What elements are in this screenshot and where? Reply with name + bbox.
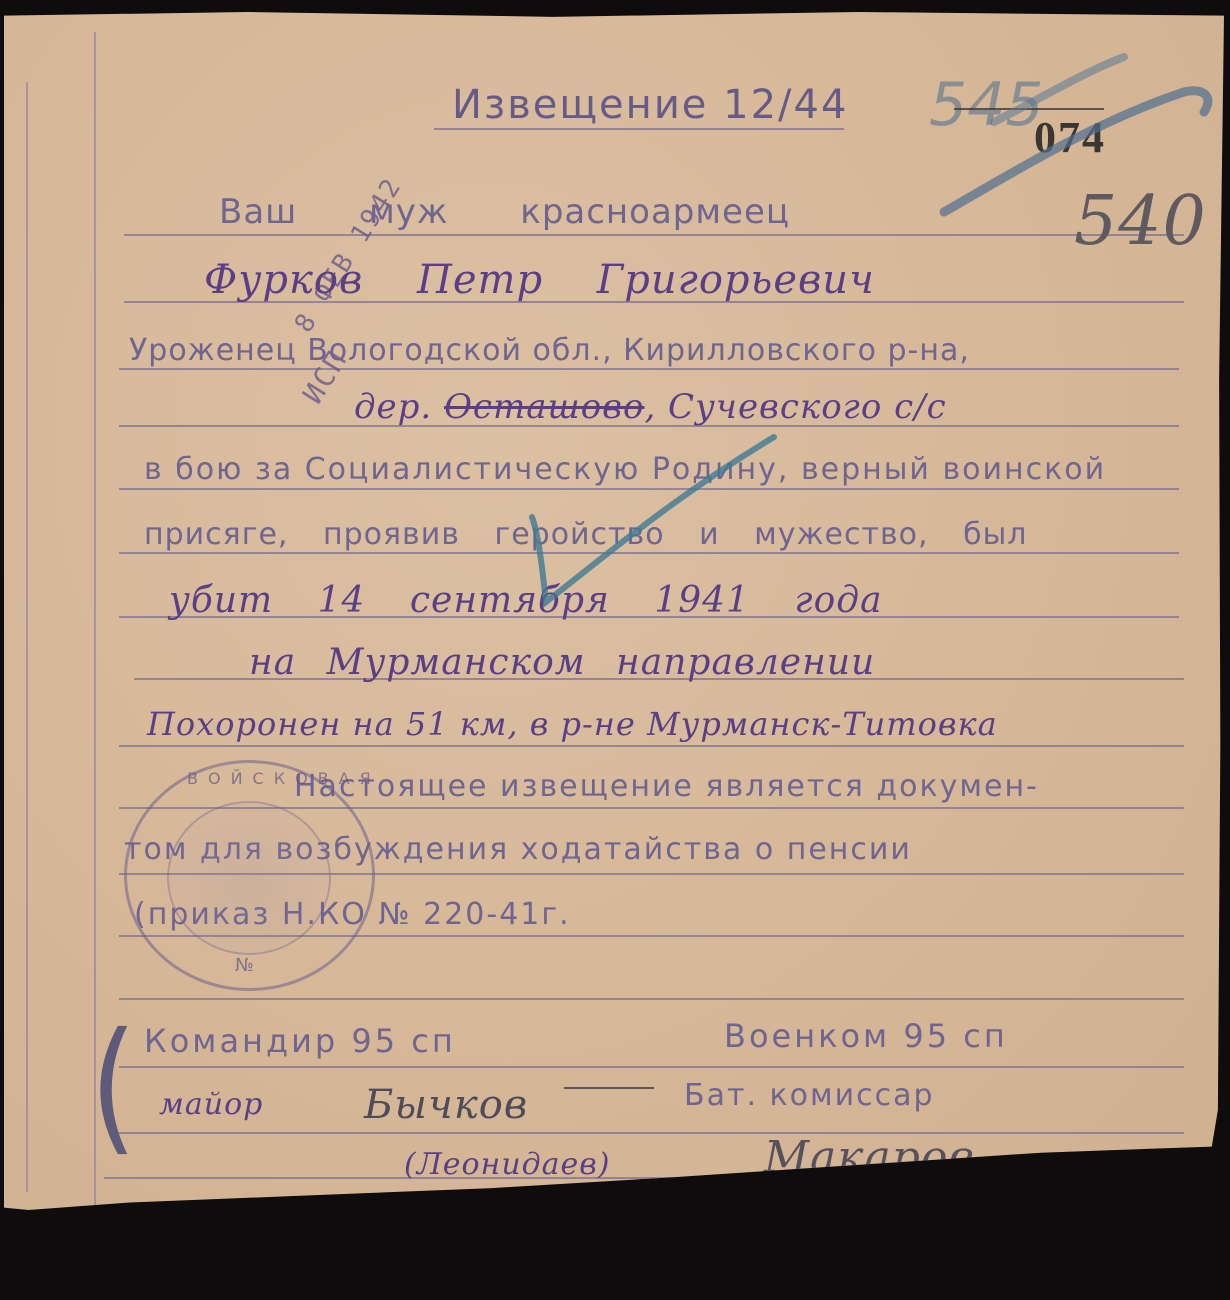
village-struck: Осташово [444, 387, 644, 427]
birthplace-line: Уроженец Вологодской обл., Кирилловского… [129, 330, 970, 368]
official-round-stamp: ВОЙСКОВАЯ № [124, 760, 375, 991]
village-prefix: дер. [354, 387, 444, 427]
stamp-ring-text: ВОЙСКОВАЯ [187, 769, 381, 788]
text-line-1: Ваш муж красноармеец [219, 192, 790, 232]
margin-rule-left [26, 82, 28, 1192]
ruling-line [119, 1132, 1184, 1134]
village-suffix: , Сучевского с/с [644, 387, 946, 427]
ruling-line [119, 1066, 1184, 1068]
soldier-name: Фурков Петр Григорьевич [204, 257, 875, 303]
blue-pencil-strike-icon [934, 42, 1224, 242]
ruling-line [434, 128, 844, 130]
ruling-line [119, 368, 1179, 370]
commander-role: Командир 95 сп [144, 1022, 456, 1060]
stamp-emblem [167, 801, 331, 955]
ruling-line [119, 745, 1184, 747]
commissar-signature: Макаров [764, 1132, 975, 1183]
ruling-line [104, 1177, 1164, 1179]
stamp-number: № [235, 955, 254, 976]
ruling-line [119, 998, 1184, 1000]
document-title: Извещение 12/44 [452, 82, 848, 128]
commissar-rank: Бат. комиссар [684, 1078, 935, 1113]
text-line-10: Настоящее извещение является докумен- [294, 769, 1039, 804]
commander-name: (Леонидаев) [404, 1147, 610, 1182]
blue-check-mark-icon [504, 427, 784, 607]
front-direction: на Мурманском направлении [249, 642, 875, 683]
document-paper: Извещение 12/44 545 074 540 8 ФЕВ 1942 И… [4, 12, 1224, 1232]
commander-signature: Бычков [364, 1082, 528, 1128]
signature-bracket: ( [90, 1003, 137, 1170]
burial-place: Похоронен на 51 км, в р-не Мурманск-Тито… [147, 705, 998, 743]
birthplace-text: Уроженец Вологодской обл., Кирилловского… [129, 333, 970, 368]
commissar-role: Военком 95 сп [724, 1017, 1008, 1055]
village-line: дер. Осташово, Сучевского с/с [354, 387, 947, 427]
signature-flourish [564, 1087, 654, 1089]
commander-rank: майор [159, 1087, 263, 1122]
